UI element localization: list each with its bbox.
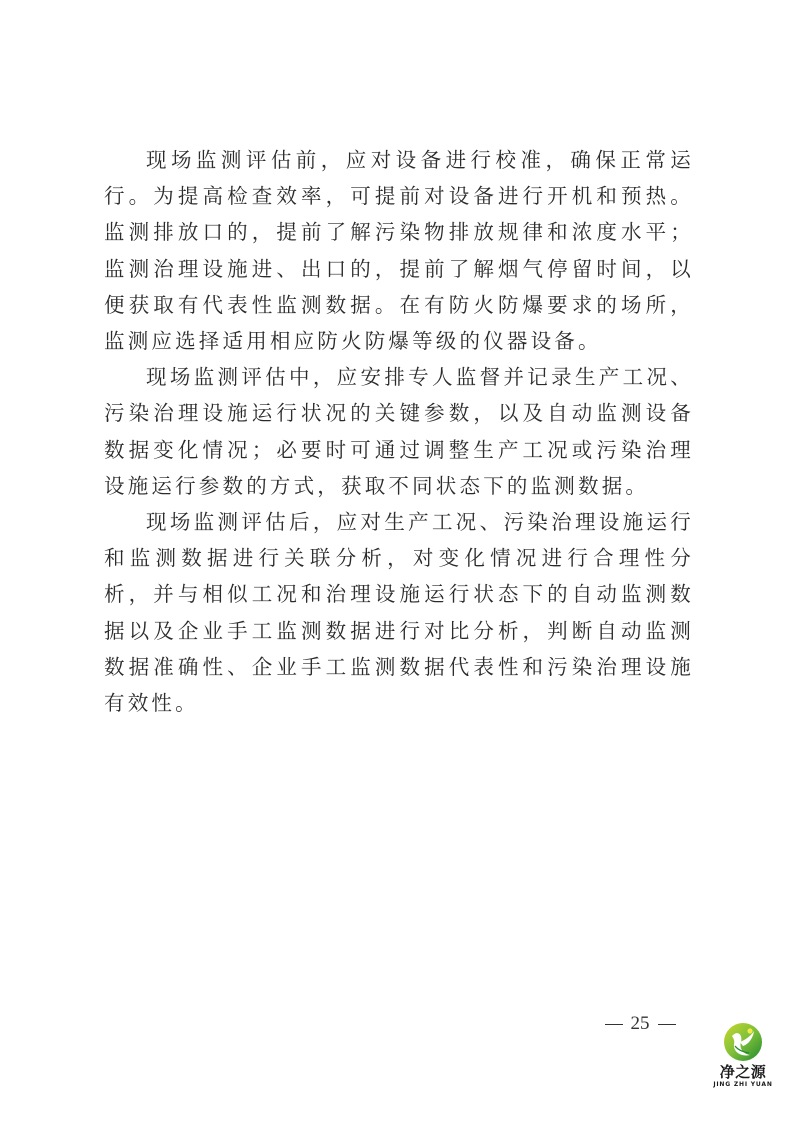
logo-name-cn: 净之源 <box>720 1063 767 1081</box>
dash-right <box>658 1024 676 1025</box>
page-number-value: 25 <box>631 1013 650 1035</box>
brand-logo: 净之源 JING ZHI YUAN <box>706 1022 780 1102</box>
paragraph-during-assessment: 现场监测评估中，应安排专人监督并记录生产工况、污染治理设施运行状况的关键参数，以… <box>104 359 694 504</box>
page-number: 25 <box>600 1013 680 1035</box>
document-page: 现场监测评估前，应对设备进行校准，确保正常运行。为提高检查效率，可提前对设备进行… <box>0 0 794 1123</box>
paragraph-pre-assessment: 现场监测评估前，应对设备进行校准，确保正常运行。为提高检查效率，可提前对设备进行… <box>104 142 694 359</box>
paragraph-post-assessment: 现场监测评估后，应对生产工况、污染治理设施运行和监测数据进行关联分析，对变化情况… <box>104 504 694 721</box>
document-body: 现场监测评估前，应对设备进行校准，确保正常运行。为提高检查效率，可提前对设备进行… <box>104 142 694 721</box>
dash-left <box>605 1024 623 1025</box>
logo-name-en: JING ZHI YUAN <box>713 1081 772 1089</box>
leaf-person-circle-icon <box>723 1022 763 1062</box>
